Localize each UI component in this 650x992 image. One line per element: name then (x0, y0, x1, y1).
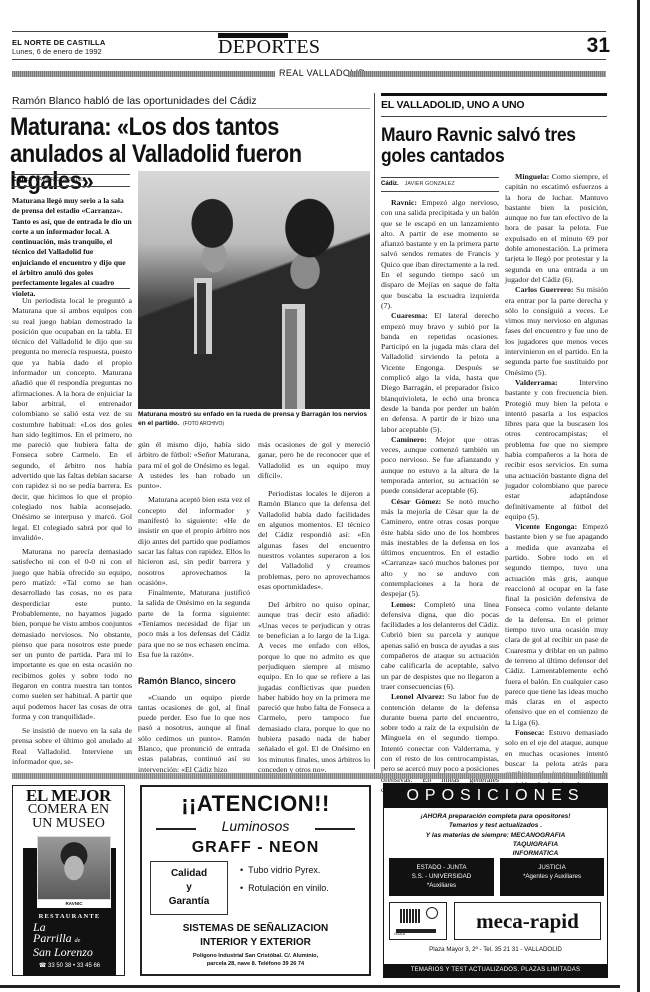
article-column-2: gún él mismo dijo, había sido árbitro de… (138, 440, 250, 775)
restaurant-phone: ☎ 33 50 38 • 33 45 66 (23, 962, 116, 969)
player-rating: Cuaresma: El lateral derecho empezó muy … (381, 311, 499, 435)
bullet-item: • Tubo vidrio Pyrex. (240, 865, 320, 876)
masthead-top-rule (12, 31, 606, 32)
oposiciones-title: OPOSICIONES (384, 784, 607, 808)
paragraph: Maturana no parecía demasiado satisfecho… (12, 547, 132, 722)
byline: Cádiz.JAVIER GONZALEZ (12, 177, 86, 183)
oposiciones-intro: ¡AHORA preparación completa para oposito… (384, 812, 607, 858)
paragraph: gún él mismo dijo, había sido árbitro de… (138, 440, 250, 491)
byline-rule-top (12, 174, 130, 175)
byline-author: JAVIER GONZALEZ (405, 181, 455, 187)
article-kicker: Ramón Blanco habló de las oportunidades … (12, 95, 257, 107)
page-number: 31 (587, 34, 610, 58)
player-rating: Caminero: Mejor que otras veces, aunque … (381, 435, 499, 497)
side-byline-rule-bottom (381, 191, 499, 192)
neon-ad-address: Polígono Industrial San Cristóbal. C/. A… (142, 953, 369, 968)
course-box-estado: ESTADO - JUNTA S.S. - UNIVERSIDAD *Auxil… (389, 858, 494, 896)
quality-badge: Calidad y Garantía (150, 861, 228, 915)
player-portrait (37, 836, 111, 900)
paragraph: «Cuando un equipo pierde tantas ocasione… (138, 693, 250, 775)
typist-logo-icon: GASA (389, 902, 447, 940)
meca-rapid-brand: meca-rapid (454, 902, 601, 940)
oposiciones-address: Plaza Mayor 3, 2º - Tel. 35 21 31 - VALL… (384, 946, 607, 953)
issue-date: Lunes, 6 de enero de 1992 (12, 47, 102, 56)
player-rating: Minguela: Como siempre, el capitán no es… (505, 172, 608, 285)
paragraph: Periodistas locales le dijeron a Ramón B… (258, 489, 370, 592)
side-article-headline: Mauro Ravnic salvó tres goles cantados (381, 125, 593, 167)
player-rating: Carlos Guerrero: Su misión era entrar po… (505, 285, 608, 378)
player-rating: Ravnic: Empezó algo nervioso, con una sa… (381, 198, 499, 311)
side-column-1: Ravnic: Empezó algo nervioso, con una sa… (381, 198, 499, 795)
side-byline-rule-top (381, 177, 499, 178)
neon-ad-systems: SISTEMAS DE SEÑALIZACION INTERIOR Y EXTE… (142, 922, 369, 950)
masthead-bottom-rule (12, 59, 606, 60)
oposiciones-footer: TEMARIOS Y TEST ACTUALIZADOS. PLAZAS LIM… (384, 964, 607, 977)
paragraph: Un periodista local le preguntó a Matura… (12, 296, 132, 543)
byline-place: Cádiz. (12, 177, 30, 183)
face-icon (426, 907, 438, 919)
paragraph: Finalmente, Maturana justificó la salida… (138, 588, 250, 660)
oposiciones-ad: OPOSICIONES ¡AHORA preparación completa … (383, 783, 608, 978)
photo-detail (285, 309, 297, 409)
article-column-1: Un periodista local le preguntó a Matura… (12, 296, 132, 767)
article-lede: Maturana llegó muy serio a la sala de pr… (12, 196, 132, 299)
paragraph: más ocasiones de gol y mereció ganar, pe… (258, 440, 370, 481)
player-rating: Vicente Engonga: Empezó bastante bien y … (505, 522, 608, 728)
neon-ad-brand: GRAFF - NEON (142, 839, 369, 857)
keyboard-icon (400, 909, 420, 923)
byline-place: Cádiz. (381, 181, 399, 187)
player-rating: César Gómez: Se notó mucho más la mejorí… (381, 497, 499, 600)
side-byline: Cádiz.JAVIER GONZALEZ (381, 181, 455, 187)
paragraph: Se insistió de nuevo en la sala de prens… (12, 726, 132, 767)
portrait-label: RAVNIC (37, 900, 111, 908)
photo-caption: Maturana mostró su enfado en la rueda de… (138, 411, 370, 428)
lede-rule (12, 288, 130, 289)
byline-author: JAVIER GONZALEZ (36, 177, 86, 183)
article-subhead: Ramón Blanco, sincero (138, 676, 250, 686)
player-rating: Lemos: Completó una línea defensiva dign… (381, 600, 499, 693)
column-divider (374, 93, 375, 769)
subsection-band-right (348, 71, 606, 77)
caption-text: Maturana mostró su enfado en la rueda de… (138, 411, 367, 427)
bullet-item: • Rotulación en vinilo. (240, 883, 350, 894)
newspaper-name: EL NORTE DE CASTILLA (12, 38, 105, 47)
restaurant-ad: EL MEJOR COMERA ENUN MUSEO RAVNIC RESTAU… (12, 785, 125, 976)
page-bottom-rule (0, 985, 620, 988)
article-photo (138, 171, 370, 409)
paragraph: Maturana aceptó bien esta vez el concept… (138, 495, 250, 588)
neon-ad-subtitle: Luminosos (142, 818, 369, 834)
paragraph: Del árbitro no quiso opinar, aunque tras… (258, 600, 370, 775)
byline-rule-bottom (12, 186, 130, 187)
photo-detail (197, 283, 206, 354)
article-column-3: más ocasiones de gol y mereció ganar, pe… (258, 440, 370, 775)
kicker-rule (12, 108, 370, 109)
ad-line: COMERA ENUN MUSEO (13, 803, 124, 831)
player-rating: Leonel Alvarez: Su labor fue de contenci… (381, 692, 499, 795)
ad-separator-band (12, 773, 608, 779)
logo-text: GASA (394, 931, 405, 936)
player-rating: Valderrama: Intervino bastante y con fre… (505, 378, 608, 522)
photo-credit: (FOTO ARCHIVO) (183, 421, 224, 427)
decorative-line (315, 828, 355, 830)
course-box-justicia: JUSTICIA *Agentes y Auxiliares (500, 858, 604, 896)
side-article-kicker: EL VALLADOLID, UNO A UNO (381, 99, 524, 111)
restaurant-type: RESTAURANTE (23, 913, 116, 920)
side-article-top-bar (381, 93, 607, 96)
restaurant-name: La Parrilla de San Lorenzo (33, 922, 93, 958)
neon-ad-title: ¡¡ATENCION!! (142, 791, 369, 817)
page-right-edge (637, 0, 640, 992)
section-title: DEPORTES (218, 36, 320, 59)
subsection-band-left (12, 71, 275, 77)
side-kicker-rule (381, 116, 607, 117)
neon-ad: ¡¡ATENCION!! Luminosos GRAFF - NEON Cali… (140, 785, 371, 976)
